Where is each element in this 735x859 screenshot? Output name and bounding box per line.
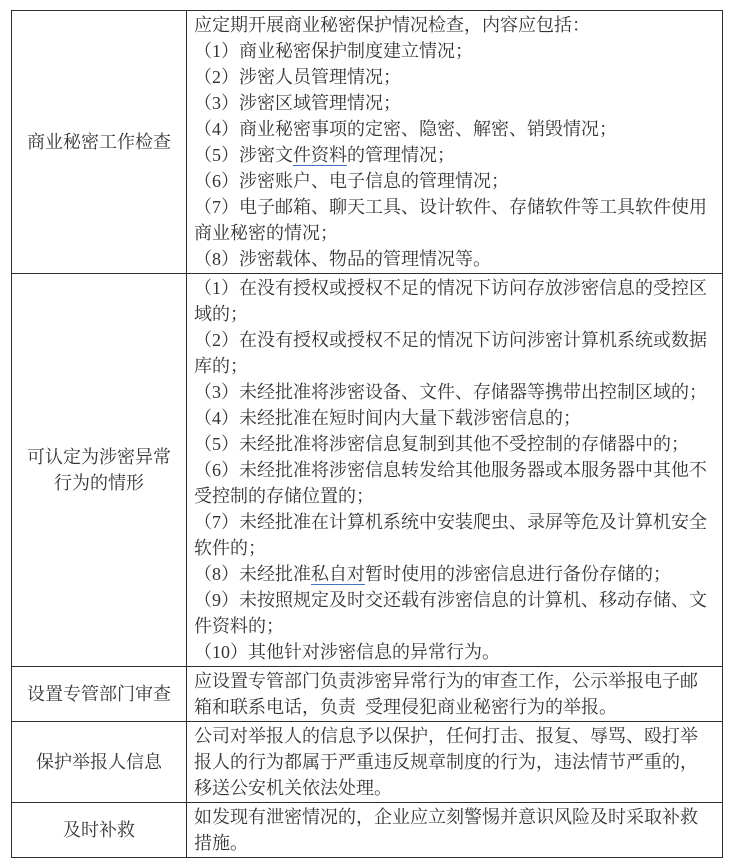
paragraph: 应定期开展商业秘密保护情况检查，内容应包括： bbox=[194, 12, 712, 38]
paragraph: （5）涉密文件资料的管理情况； bbox=[194, 142, 712, 168]
table-body: 商业秘密工作检查应定期开展商业秘密保护情况检查，内容应包括：（1）商业秘密保护制… bbox=[12, 11, 723, 858]
paragraph: （6）未经批准将涉密信息转发给其他服务器或本服务器中其他不受控制的存储位置的； bbox=[194, 457, 712, 509]
paragraph: （3）未经批准将涉密设备、文件、存储器等携带出控制区域的； bbox=[194, 379, 712, 405]
table-row: 商业秘密工作检查应定期开展商业秘密保护情况检查，内容应包括：（1）商业秘密保护制… bbox=[12, 11, 723, 274]
row-content: 应设置专管部门负责涉密异常行为的审查工作，公示举报电子邮箱和联系电话，负责 受理… bbox=[187, 667, 723, 722]
row-label: 保护举报人信息 bbox=[12, 722, 187, 803]
text-segment: （6）涉密账户、电子信息的管理情况； bbox=[194, 171, 509, 191]
text-segment: （5）涉密文 bbox=[194, 145, 293, 165]
text-segment: 如发现有泄密情况的，企业应立刻警惕并意识风险及时采取补救措施。 bbox=[194, 807, 698, 853]
paragraph: （4）商业秘密事项的定密、隐密、解密、销毁情况； bbox=[194, 116, 712, 142]
text-segment: （8）未经批准 bbox=[194, 564, 311, 584]
text-segment: （1）在没有授权或授权不足的情况下访问存放涉密信息的受控区域的； bbox=[194, 278, 707, 324]
text-segment: （7）电子邮箱、聊天工具、设计软件、存储软件等工具软件使用商业秘密的情况； bbox=[194, 197, 707, 243]
underlined-text: 私自对 bbox=[311, 564, 365, 585]
paragraph: 公司对举报人的信息予以保护，任何打击、报复、辱骂、殴打举报人的行为都属于严重违反… bbox=[194, 723, 712, 801]
text-segment: （1）商业秘密保护制度建立情况； bbox=[194, 41, 473, 61]
underlined-text: 件资料 bbox=[293, 145, 347, 166]
text-segment: 应设置专管部门负责涉密异常行为的审查工作，公示举报电子邮箱和联系电话，负责 受理… bbox=[194, 671, 698, 717]
text-segment: （3）未经批准将涉密设备、文件、存储器等携带出控制区域的； bbox=[194, 382, 707, 402]
document-page: 商业秘密工作检查应定期开展商业秘密保护情况检查，内容应包括：（1）商业秘密保护制… bbox=[0, 0, 735, 859]
paragraph: （1）在没有授权或授权不足的情况下访问存放涉密信息的受控区域的； bbox=[194, 275, 712, 327]
text-segment: （4）商业秘密事项的定密、隐密、解密、销毁情况； bbox=[194, 119, 617, 139]
paragraph: （6）涉密账户、电子信息的管理情况； bbox=[194, 168, 712, 194]
paragraph: （8）涉密载体、物品的管理情况等。 bbox=[194, 246, 712, 272]
text-segment: 应定期开展商业秘密保护情况检查，内容应包括： bbox=[194, 15, 590, 35]
secret-protection-table: 商业秘密工作检查应定期开展商业秘密保护情况检查，内容应包括：（1）商业秘密保护制… bbox=[11, 10, 723, 858]
paragraph: （3）涉密区域管理情况； bbox=[194, 90, 712, 116]
table-row: 及时补救如发现有泄密情况的，企业应立刻警惕并意识风险及时采取补救措施。 bbox=[12, 803, 723, 858]
text-segment: （4）未经批准在短时间内大量下载涉密信息的； bbox=[194, 408, 581, 428]
row-label-line: 及时补救 bbox=[16, 817, 182, 843]
row-content: （1）在没有授权或授权不足的情况下访问存放涉密信息的受控区域的；（2）在没有授权… bbox=[187, 274, 723, 667]
row-content: 如发现有泄密情况的，企业应立刻警惕并意识风险及时采取补救措施。 bbox=[187, 803, 723, 858]
text-segment: 的管理情况； bbox=[347, 145, 455, 165]
paragraph: （5）未经批准将涉密信息复制到其他不受控制的存储器中的； bbox=[194, 431, 712, 457]
text-segment: （5）未经批准将涉密信息复制到其他不受控制的存储器中的； bbox=[194, 434, 689, 454]
paragraph: （2）涉密人员管理情况； bbox=[194, 64, 712, 90]
paragraph: （10）其他针对涉密信息的异常行为。 bbox=[194, 639, 712, 665]
table-row: 可认定为涉密异常行为的情形（1）在没有授权或授权不足的情况下访问存放涉密信息的受… bbox=[12, 274, 723, 667]
row-label-line: 商业秘密工作检查 bbox=[16, 129, 182, 155]
row-label: 商业秘密工作检查 bbox=[12, 11, 187, 274]
row-label-line: 行为的情形 bbox=[16, 470, 182, 496]
paragraph: （9）未按照规定及时交还载有涉密信息的计算机、移动存储、文件资料的； bbox=[194, 587, 712, 639]
text-segment: （7）未经批准在计算机系统中安装爬虫、录屏等危及计算机安全软件的； bbox=[194, 512, 707, 558]
text-segment: （10）其他针对涉密信息的异常行为。 bbox=[194, 642, 500, 662]
row-content: 公司对举报人的信息予以保护，任何打击、报复、辱骂、殴打举报人的行为都属于严重违反… bbox=[187, 722, 723, 803]
text-segment: （8）涉密载体、物品的管理情况等。 bbox=[194, 249, 491, 269]
paragraph: 应设置专管部门负责涉密异常行为的审查工作，公示举报电子邮箱和联系电话，负责 受理… bbox=[194, 668, 712, 720]
text-segment: （2）涉密人员管理情况； bbox=[194, 67, 401, 87]
row-label: 及时补救 bbox=[12, 803, 187, 858]
row-label: 设置专管部门审查 bbox=[12, 667, 187, 722]
table-row: 保护举报人信息公司对举报人的信息予以保护，任何打击、报复、辱骂、殴打举报人的行为… bbox=[12, 722, 723, 803]
paragraph: （7）电子邮箱、聊天工具、设计软件、存储软件等工具软件使用商业秘密的情况； bbox=[194, 194, 712, 246]
text-segment: （6）未经批准将涉密信息转发给其他服务器或本服务器中其他不受控制的存储位置的； bbox=[194, 460, 707, 506]
paragraph: （7）未经批准在计算机系统中安装爬虫、录屏等危及计算机安全软件的； bbox=[194, 509, 712, 561]
text-segment: （3）涉密区域管理情况； bbox=[194, 93, 401, 113]
row-content: 应定期开展商业秘密保护情况检查，内容应包括：（1）商业秘密保护制度建立情况；（2… bbox=[187, 11, 723, 274]
table-row: 设置专管部门审查应设置专管部门负责涉密异常行为的审查工作，公示举报电子邮箱和联系… bbox=[12, 667, 723, 722]
paragraph: （8）未经批准私自对暂时使用的涉密信息进行备份存储的； bbox=[194, 561, 712, 587]
row-label-line: 保护举报人信息 bbox=[16, 749, 182, 775]
row-label-line: 可认定为涉密异常 bbox=[16, 444, 182, 470]
text-segment: 暂时使用的涉密信息进行备份存储的； bbox=[365, 564, 671, 584]
text-segment: 公司对举报人的信息予以保护，任何打击、报复、辱骂、殴打举报人的行为都属于严重违反… bbox=[194, 726, 698, 798]
row-label: 可认定为涉密异常行为的情形 bbox=[12, 274, 187, 667]
paragraph: （2）在没有授权或授权不足的情况下访问涉密计算机系统或数据库的； bbox=[194, 327, 712, 379]
paragraph: （1）商业秘密保护制度建立情况； bbox=[194, 38, 712, 64]
text-segment: （9）未按照规定及时交还载有涉密信息的计算机、移动存储、文件资料的； bbox=[194, 590, 707, 636]
paragraph: （4）未经批准在短时间内大量下载涉密信息的； bbox=[194, 405, 712, 431]
paragraph: 如发现有泄密情况的，企业应立刻警惕并意识风险及时采取补救措施。 bbox=[194, 804, 712, 856]
text-segment: （2）在没有授权或授权不足的情况下访问涉密计算机系统或数据库的； bbox=[194, 330, 707, 376]
row-label-line: 设置专管部门审查 bbox=[16, 681, 182, 707]
